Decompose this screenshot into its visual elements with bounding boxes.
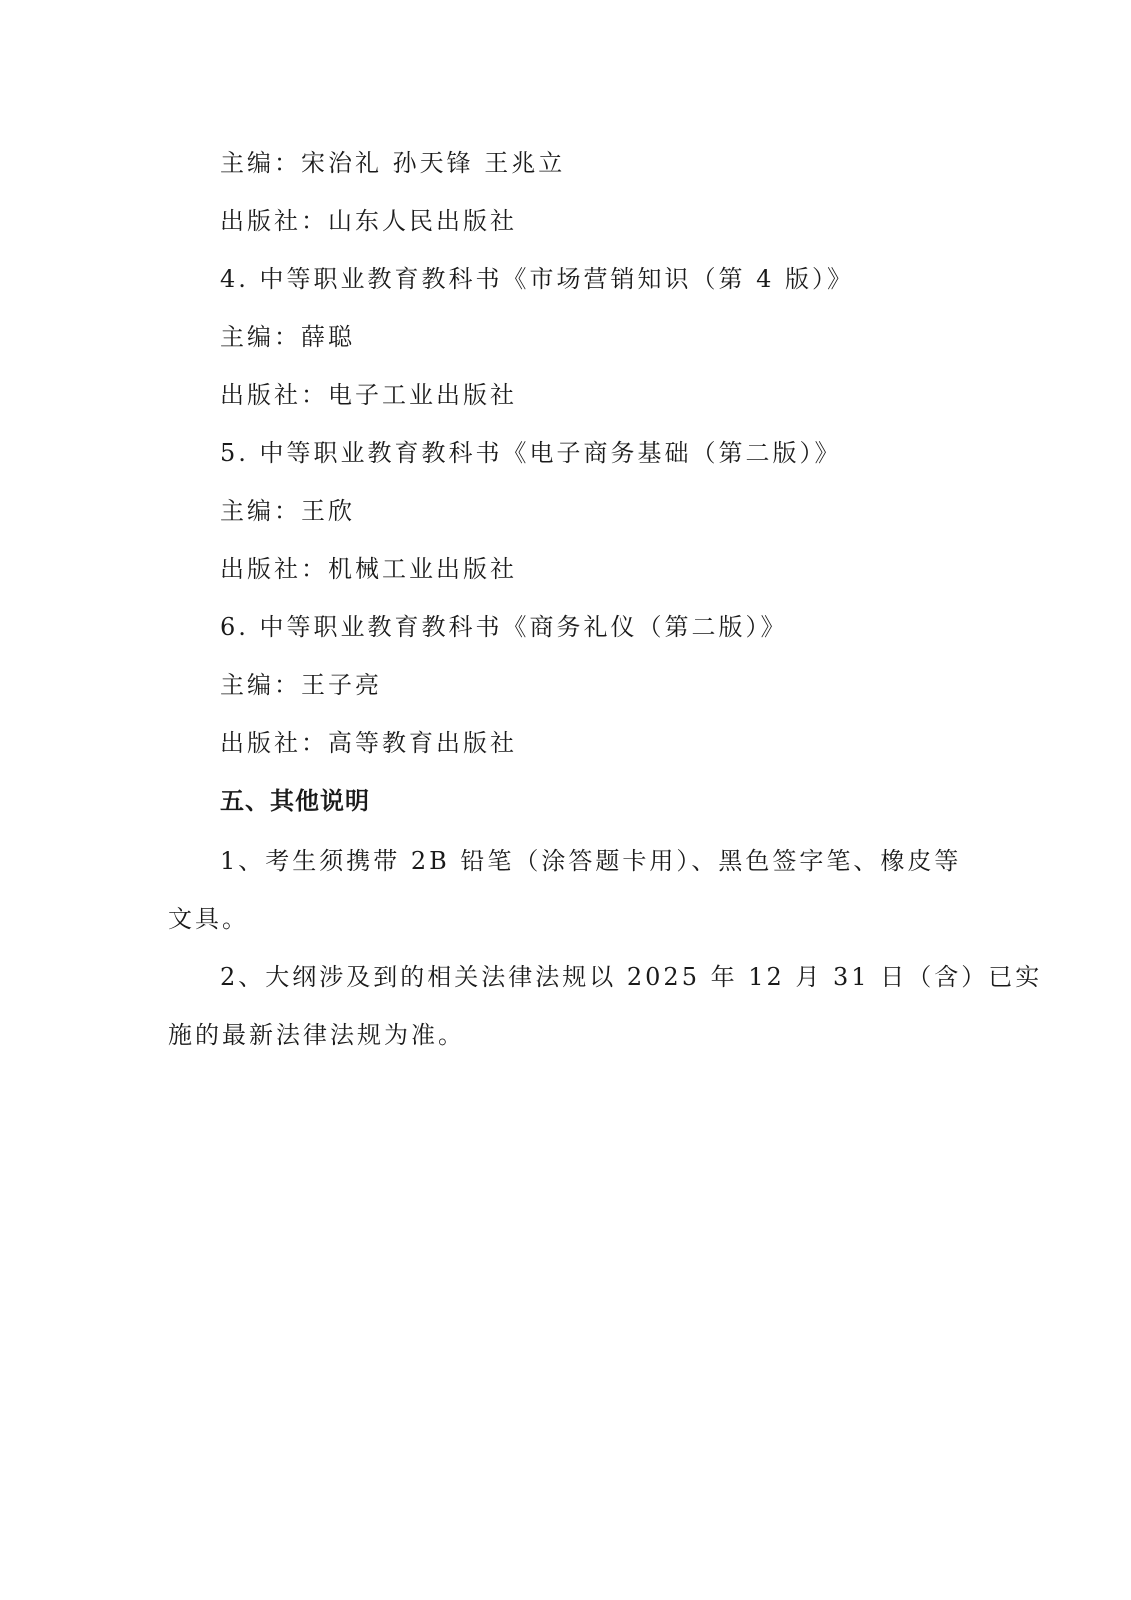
note-2-line-1: 2、大纲涉及到的相关法律法规以 2025 年 12 月 31 日（含）已实 [220,962,1042,992]
book-5-title: 5. 中等职业教育教科书《电子商务基础（第二版）》 [220,438,842,468]
book-6-publisher: 出版社：高等教育出版社 [220,728,517,758]
note-2-line-2: 施的最新法律法规为准。 [168,1020,465,1050]
book-6-editor: 主编：王子亮 [220,670,382,700]
book-6-title: 6. 中等职业教育教科书《商务礼仪（第二版）》 [220,612,788,642]
book-4-publisher: 出版社：电子工业出版社 [220,380,517,410]
book-5-publisher: 出版社：机械工业出版社 [220,554,517,584]
section-heading: 五、其他说明 [220,786,370,816]
note-1-line-1: 1、考生须携带 2B 铅笔（涂答题卡用）、黑色签字笔、橡皮等 [220,846,961,876]
book-4-title: 4. 中等职业教育教科书《市场营销知识（第 4 版）》 [220,264,854,294]
book-5-editor: 主编：王欣 [220,496,355,526]
book-4-editor: 主编：薛聪 [220,322,355,352]
note-1-line-2: 文具。 [168,904,249,934]
book-3-editor: 主编：宋治礼 孙天锋 王兆立 [220,148,565,178]
book-3-publisher: 出版社：山东人民出版社 [220,206,517,236]
